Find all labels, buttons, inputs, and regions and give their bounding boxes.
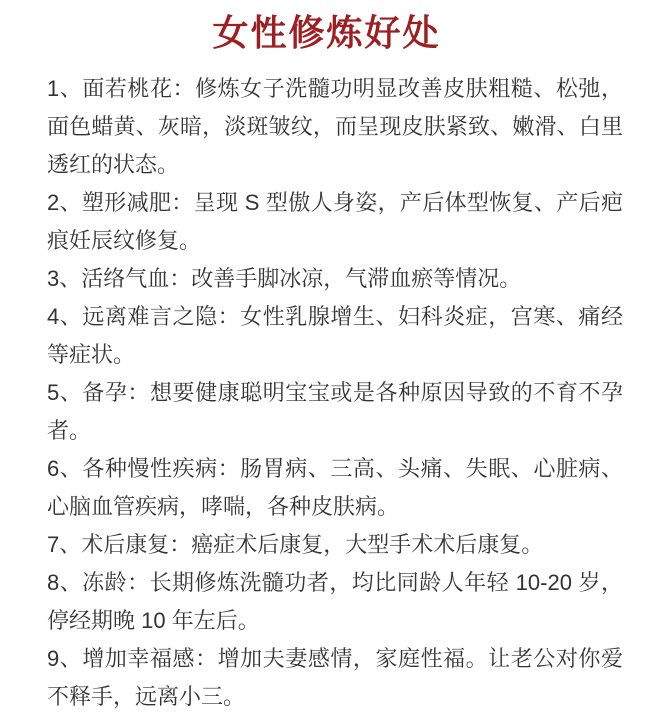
benefit-item-1: 1、面若桃花：修炼女子洗髓功明显改善皮肤粗糙、松弛，面色蜡黄、灰暗，淡斑皱纹，而… [47,70,623,184]
benefit-item-3: 3、活络气血：改善手脚冰凉，气滞血瘀等情况。 [47,260,623,298]
benefit-list: 1、面若桃花：修炼女子洗髓功明显改善皮肤粗糙、松弛，面色蜡黄、灰暗，淡斑皱纹，而… [47,70,623,716]
benefit-item-6: 6、各种慢性疾病：肠胃病、三高、头痛、失眠、心脏病、心脑血管疾病，哮喘，各种皮肤… [47,450,623,526]
benefit-item-4: 4、远离难言之隐：女性乳腺增生、妇科炎症，宫寒、痛经等症状。 [47,298,623,374]
benefit-item-7: 7、术后康复：癌症术后康复，大型手术术后康复。 [47,526,623,564]
page-title: 女性修炼好处 [0,10,653,56]
benefit-item-8: 8、冻龄：长期修炼洗髓功者，均比同龄人年轻 10-20 岁，停经期晚 10 年左… [47,564,623,640]
benefit-item-9: 9、增加幸福感：增加夫妻感情，家庭性福。让老公对你爱不释手，远离小三。 [47,640,623,716]
benefit-item-5: 5、备孕：想要健康聪明宝宝或是各种原因导致的不育不孕者。 [47,374,623,450]
benefit-item-2: 2、塑形减肥：呈现 S 型傲人身姿，产后体型恢复、产后疤痕妊辰纹修复。 [47,184,623,260]
document-page: 女性修炼好处 1、面若桃花：修炼女子洗髓功明显改善皮肤粗糙、松弛，面色蜡黄、灰暗… [0,0,653,726]
